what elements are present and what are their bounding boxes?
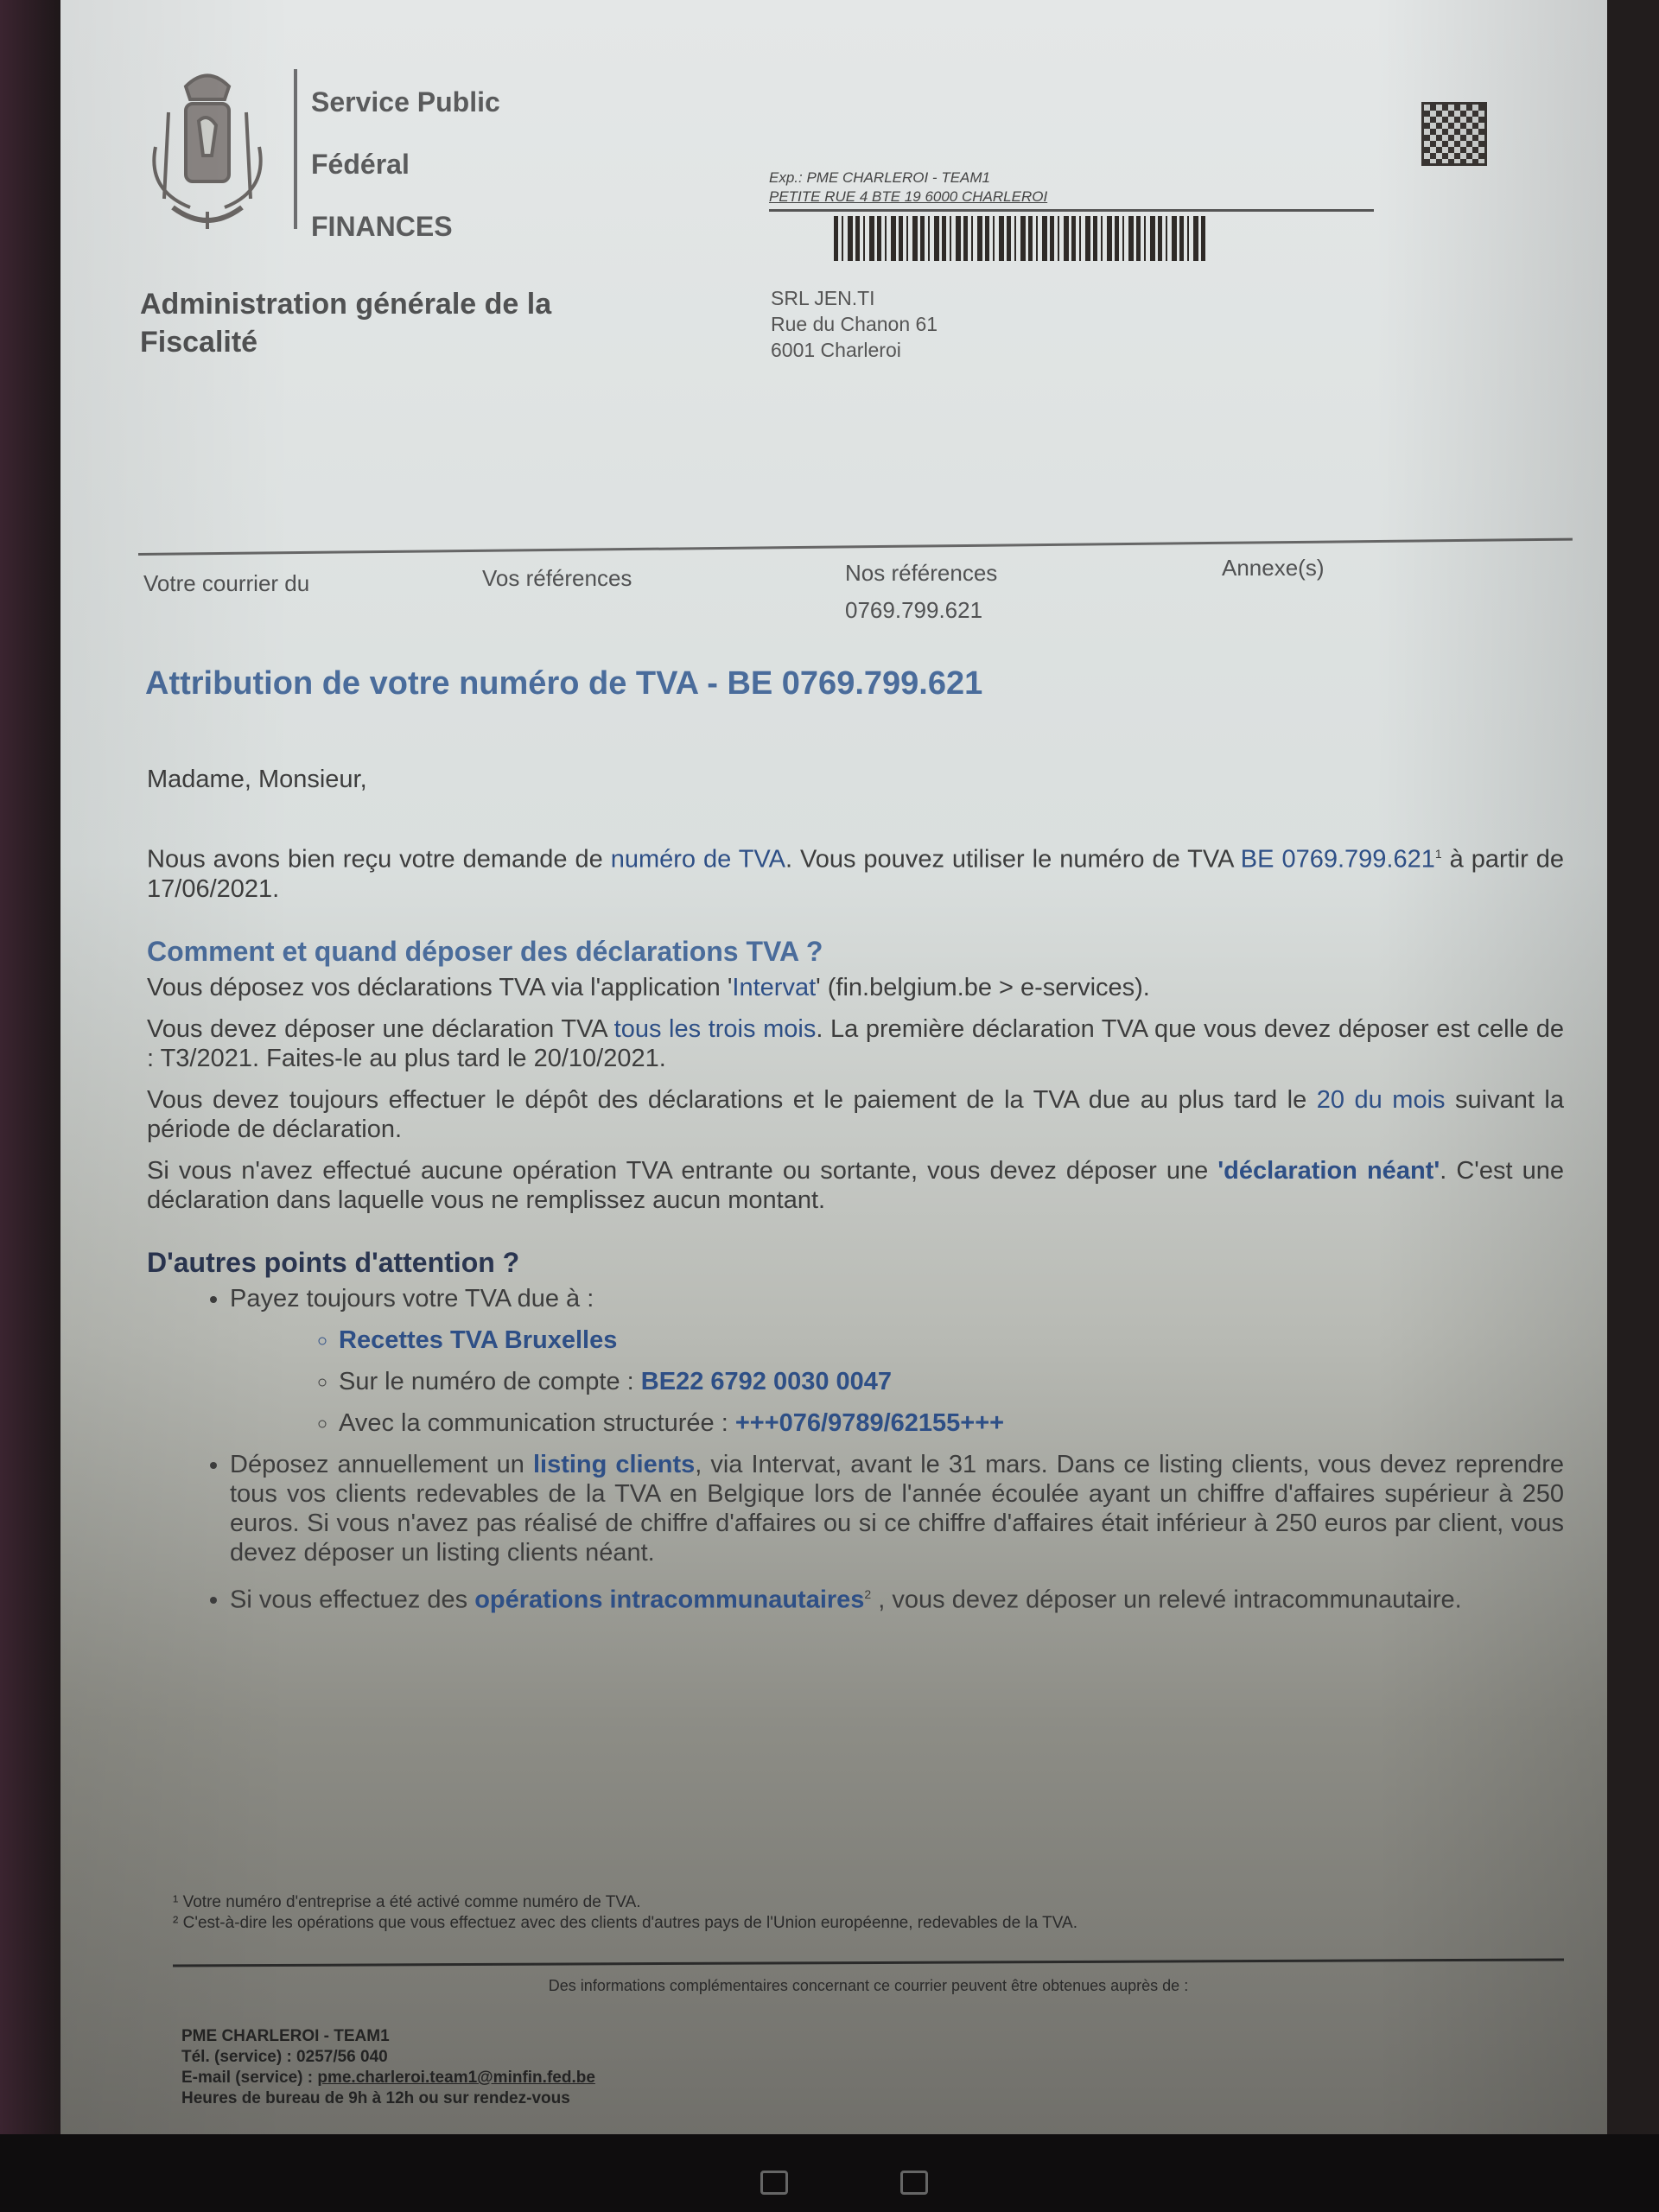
intra-text-a: Si vous effectuez des	[230, 1586, 474, 1613]
contact-hours: Heures de bureau de 9h à 12h ou sur rend…	[181, 2088, 595, 2109]
s1-p4-text-a: Si vous n'avez effectué aucune opération…	[147, 1157, 1217, 1185]
section-heading-declarations: Comment et quand déposer des déclaration…	[147, 937, 1564, 966]
section-heading-attention: D'autres points d'attention ?	[147, 1248, 1564, 1277]
org-line-1: Service Public	[311, 71, 500, 133]
payment-communication: Avec la communication structurée : +++07…	[339, 1408, 1564, 1438]
footnote-2: ² C'est-à-dire les opérations que vous e…	[173, 1913, 1555, 1934]
ref-votre-courrier: Votre courrier du	[143, 570, 309, 597]
intro-text-2: . Vous pouvez utiliser le numéro de TVA	[785, 846, 1241, 874]
ref-nos-references-value: 0769.799.621	[845, 597, 997, 624]
org-line-3: FINANCES	[311, 195, 500, 257]
letter-body: Madame, Monsieur, Nous avons bien reçu v…	[147, 765, 1564, 1626]
contact-office: PME CHARLEROI - TEAM1	[181, 2026, 595, 2047]
recipient-name: SRL JEN.TI	[771, 285, 938, 311]
list-item-listing: Déposez annuellement un listing clients,…	[230, 1450, 1564, 1567]
footer-info: Des informations complémentaires concern…	[173, 1977, 1564, 1995]
postal-barcode	[834, 216, 1205, 261]
references-row: Votre courrier du Vos références Nos réf…	[143, 562, 1560, 631]
device-nav-buttons	[760, 2171, 928, 2195]
structured-communication: +++076/9789/62155+++	[735, 1409, 1004, 1437]
payment-details-list: Recettes TVA Bruxelles Sur le numéro de …	[230, 1325, 1564, 1438]
sender-address: Exp.: PME CHARLEROI - TEAM1 PETITE RUE 4…	[769, 168, 1047, 207]
payment-account: Sur le numéro de compte : BE22 6792 0030…	[339, 1367, 1564, 1396]
quarterly-link[interactable]: tous les trois mois	[614, 1015, 817, 1043]
device-bezel-left	[0, 0, 60, 2212]
ref-vos-references: Vos références	[482, 565, 632, 592]
sender-divider	[769, 209, 1374, 212]
listing-text-a: Déposez annuellement un	[230, 1451, 533, 1478]
list-item-intracommunity: Si vous effectuez des opérations intraco…	[230, 1580, 1564, 1615]
contact-phone: Tél. (service) : 0257/56 040	[181, 2047, 595, 2068]
administration-name: Administration générale de la Fiscalité	[140, 285, 624, 361]
s1-p1-text-a: Vous déposez vos déclarations TVA via l'…	[147, 974, 732, 1001]
salutation: Madame, Monsieur,	[147, 765, 1564, 794]
intra-text-b: , vous devez déposer un relevé intracomm…	[871, 1586, 1461, 1613]
letter-page: Service Public Fédéral FINANCES Administ…	[60, 0, 1607, 2152]
ref-votre-courrier-label: Votre courrier du	[143, 570, 309, 596]
declarations-paragraph-1: Vous déposez vos déclarations TVA via l'…	[147, 973, 1564, 1002]
intro-paragraph: Nous avons bien reçu votre demande de nu…	[147, 839, 1564, 904]
ref-nos-references-label: Nos références	[845, 560, 997, 586]
deadline-link[interactable]: 20 du mois	[1317, 1086, 1446, 1114]
attention-list: Payez toujours votre TVA due à : Recette…	[147, 1284, 1564, 1615]
device-bezel-bottom	[0, 2134, 1659, 2212]
contact-email-row: E-mail (service) : pme.charleroi.team1@m…	[181, 2068, 595, 2088]
ref-vos-references-label: Vos références	[482, 565, 632, 591]
ref-annexes-label: Annexe(s)	[1222, 555, 1325, 581]
intracommunity-link[interactable]: opérations intracommunautaires	[474, 1586, 864, 1613]
s1-p3-text-a: Vous devez toujours effectuer le dépôt d…	[147, 1086, 1317, 1114]
sender-line-2: PETITE RUE 4 BTE 19 6000 CHARLEROI	[769, 188, 1047, 207]
intro-text-1: Nous avons bien reçu votre demande de	[147, 846, 611, 874]
footnotes: ¹ Votre numéro d'entreprise a été activé…	[173, 1892, 1555, 1934]
references-divider	[138, 538, 1573, 556]
letter-title: Attribution de votre numéro de TVA - BE …	[145, 665, 982, 702]
datamatrix-code	[1421, 102, 1487, 166]
s1-p2-text-a: Vous devez déposer une déclaration TVA	[147, 1015, 614, 1043]
account-number: BE22 6792 0030 0047	[641, 1368, 892, 1395]
zero-declaration-link[interactable]: 'déclaration néant'	[1217, 1157, 1440, 1185]
communication-label: Avec la communication structurée :	[339, 1409, 735, 1437]
device-bezel-right	[1607, 0, 1659, 2212]
declarations-paragraph-2: Vous devez déposer une déclaration TVA t…	[147, 1014, 1564, 1073]
recipient-address: SRL JEN.TI Rue du Chanon 61 6001 Charler…	[771, 285, 938, 363]
s1-p1-text-b: ' (fin.belgium.be > e-services).	[816, 974, 1150, 1001]
recipient-street: Rue du Chanon 61	[771, 311, 938, 337]
ref-annexes: Annexe(s)	[1222, 555, 1325, 582]
footnote-1: ¹ Votre numéro d'entreprise a été activé…	[173, 1892, 1555, 1913]
org-line-2: Fédéral	[311, 133, 500, 195]
declarations-paragraph-3: Vous devez toujours effectuer le dépôt d…	[147, 1085, 1564, 1144]
ref-nos-references: Nos références 0769.799.621	[845, 560, 997, 624]
list-item-payment: Payez toujours votre TVA due à : Recette…	[230, 1284, 1564, 1438]
screenshot-icon[interactable]	[760, 2171, 788, 2195]
vat-number: BE 0769.799.621	[1241, 846, 1435, 874]
payment-intro: Payez toujours votre TVA due à :	[230, 1285, 594, 1313]
payment-recipient: Recettes TVA Bruxelles	[339, 1325, 1564, 1355]
contact-email-label: E-mail (service) :	[181, 2069, 317, 2087]
vat-number-link[interactable]: numéro de TVA	[611, 846, 785, 874]
intervat-link[interactable]: Intervat	[732, 974, 816, 1001]
letterhead-divider	[294, 69, 297, 229]
contact-email-link[interactable]: pme.charleroi.team1@minfin.fed.be	[317, 2069, 595, 2087]
account-label: Sur le numéro de compte :	[339, 1368, 641, 1395]
sender-line-1: Exp.: PME CHARLEROI - TEAM1	[769, 168, 1047, 188]
footnote-ref-1: 1	[1435, 847, 1442, 861]
footer-divider	[173, 1958, 1564, 1967]
contact-block: PME CHARLEROI - TEAM1 Tél. (service) : 0…	[181, 2026, 595, 2109]
belgian-coat-of-arms-icon	[138, 60, 276, 233]
organization-name: Service Public Fédéral FINANCES	[311, 71, 500, 257]
keyboard-icon[interactable]	[900, 2171, 928, 2195]
declarations-paragraph-4: Si vous n'avez effectué aucune opération…	[147, 1156, 1564, 1215]
listing-clients-link[interactable]: listing clients	[533, 1451, 695, 1478]
recipient-city: 6001 Charleroi	[771, 337, 938, 363]
